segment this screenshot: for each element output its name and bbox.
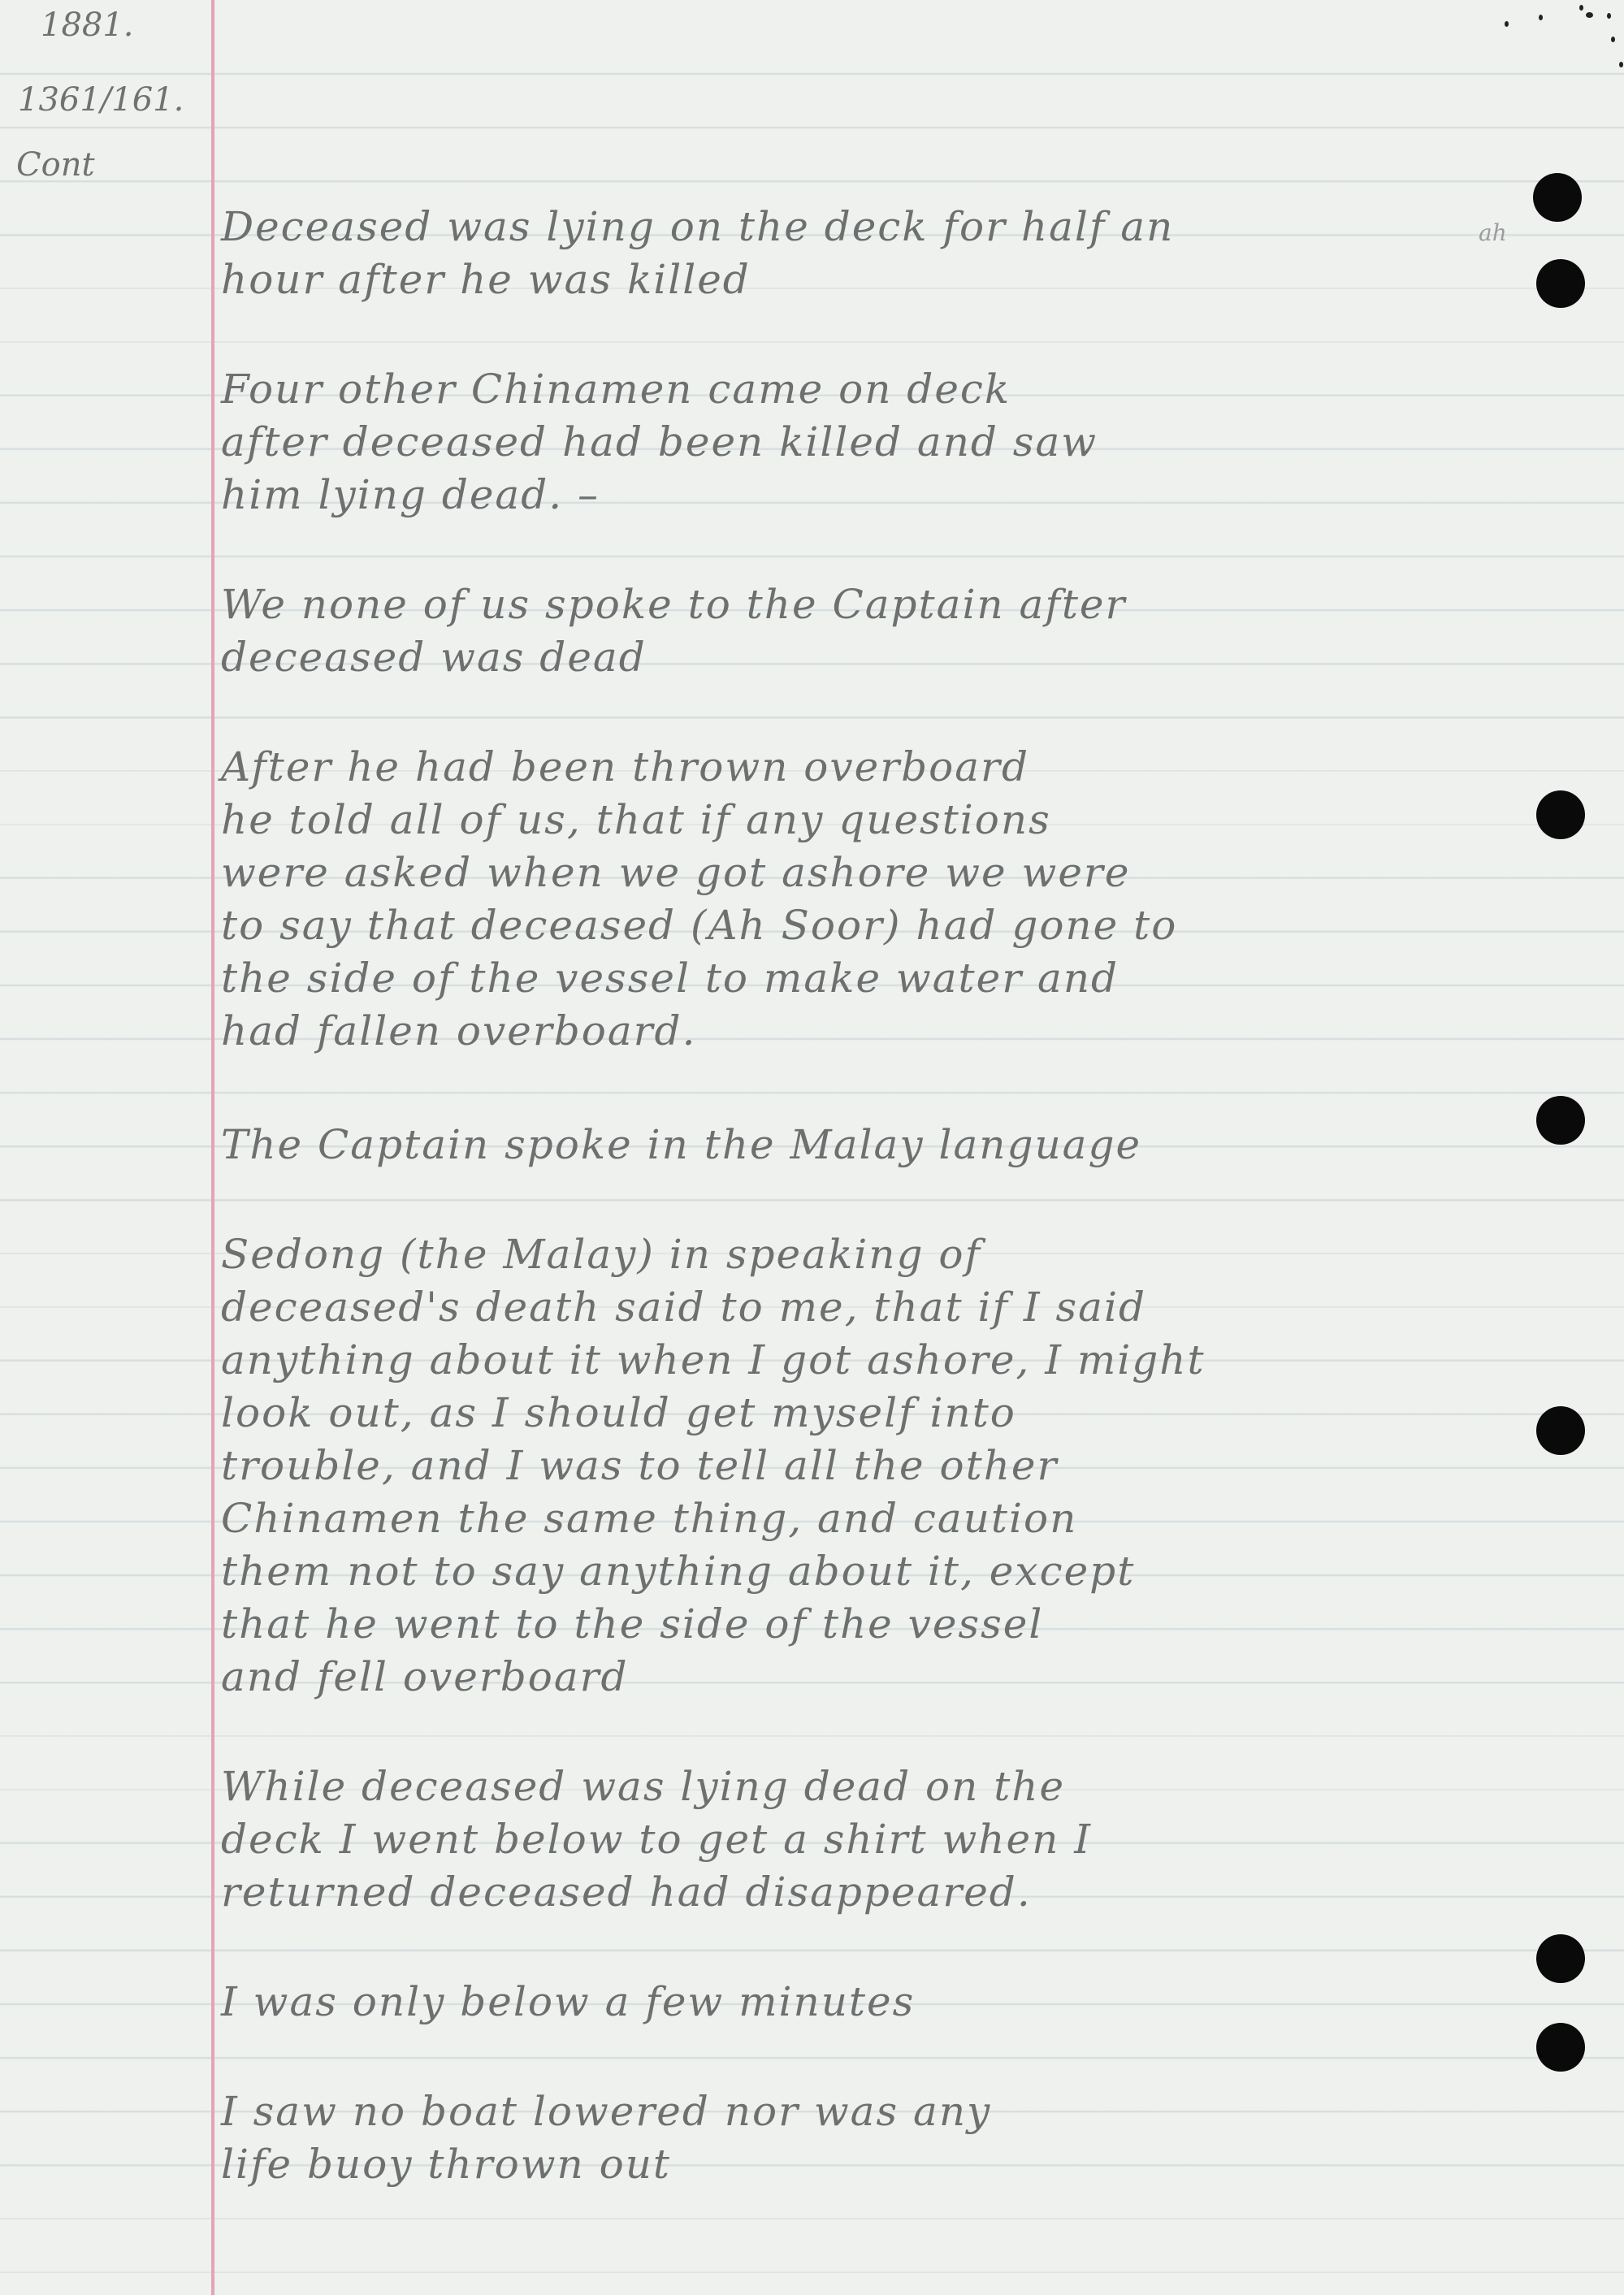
text-line: to say that deceased (Ah Soor) had gone … [221, 902, 1177, 949]
speck [1579, 5, 1583, 11]
text-line: Deceased was lying on the deck for half … [221, 203, 1174, 250]
text-line: deceased's death said to me, that if I s… [221, 1284, 1146, 1331]
text-line: he told all of us, that if any questions [221, 796, 1051, 843]
text-line: Chinamen the same thing, and caution [221, 1495, 1077, 1542]
text-line: deck I went below to get a shirt when I [221, 1816, 1092, 1863]
text-line: The Captain spoke in the Malay language [221, 1121, 1141, 1168]
text-line: had fallen overboard. [221, 1007, 696, 1054]
text-line: that he went to the side of the vessel [221, 1600, 1043, 1648]
text-line: them not to say anything about it, excep… [221, 1548, 1135, 1595]
hole-punch [1533, 173, 1582, 222]
text-line: We none of us spoke to the Captain after [221, 581, 1126, 628]
hole-punch [1536, 1934, 1585, 1983]
margin-note-year: 1881. [41, 6, 134, 44]
speck [1611, 37, 1615, 42]
text-line: look out, as I should get myself into [221, 1389, 1016, 1436]
text-line: trouble, and I was to tell all the other [221, 1442, 1058, 1489]
text-line: After he had been thrown overboard [221, 743, 1029, 790]
text-line: returned deceased had disappeared. [221, 1868, 1032, 1916]
text-line: While deceased was lying dead on the [221, 1763, 1065, 1810]
text-line: Sedong (the Malay) in speaking of [221, 1231, 981, 1278]
notebook-page: 1881. 1361/161. Cont ah Deceased was lyi… [0, 0, 1624, 2295]
speck [1505, 21, 1509, 27]
speck [1586, 12, 1593, 18]
hole-punch [1536, 1096, 1585, 1145]
text-line: anything about it when I got ashore, I m… [221, 1336, 1206, 1383]
text-line: I was only below a few minutes [221, 1978, 915, 2025]
text-line: him lying dead. – [221, 471, 600, 518]
stray-pencil-mark: ah [1479, 219, 1507, 246]
text-line: hour after he was killed [221, 256, 751, 303]
text-line: and fell overboard [221, 1653, 629, 1700]
text-line: deceased was dead [221, 634, 647, 681]
text-line: after deceased had been killed and saw [221, 418, 1098, 465]
text-line: Four other Chinamen came on deck [221, 366, 1011, 413]
text-line: I saw no boat lowered nor was any [221, 2088, 991, 2135]
margin-note-continued: Cont [16, 146, 95, 184]
speck [1607, 13, 1611, 19]
margin-note-reference: 1361/161. [18, 81, 184, 119]
hole-punch [1536, 790, 1585, 839]
hole-punch [1536, 259, 1585, 308]
text-line: the side of the vessel to make water and [221, 955, 1119, 1002]
speck [1539, 15, 1543, 20]
speck [1619, 62, 1623, 67]
text-line: were asked when we got ashore we were [221, 849, 1130, 896]
margin-rule [211, 0, 214, 2295]
hole-punch [1536, 1406, 1585, 1455]
hole-punch [1536, 2023, 1585, 2072]
text-line: life buoy thrown out [221, 2141, 671, 2188]
